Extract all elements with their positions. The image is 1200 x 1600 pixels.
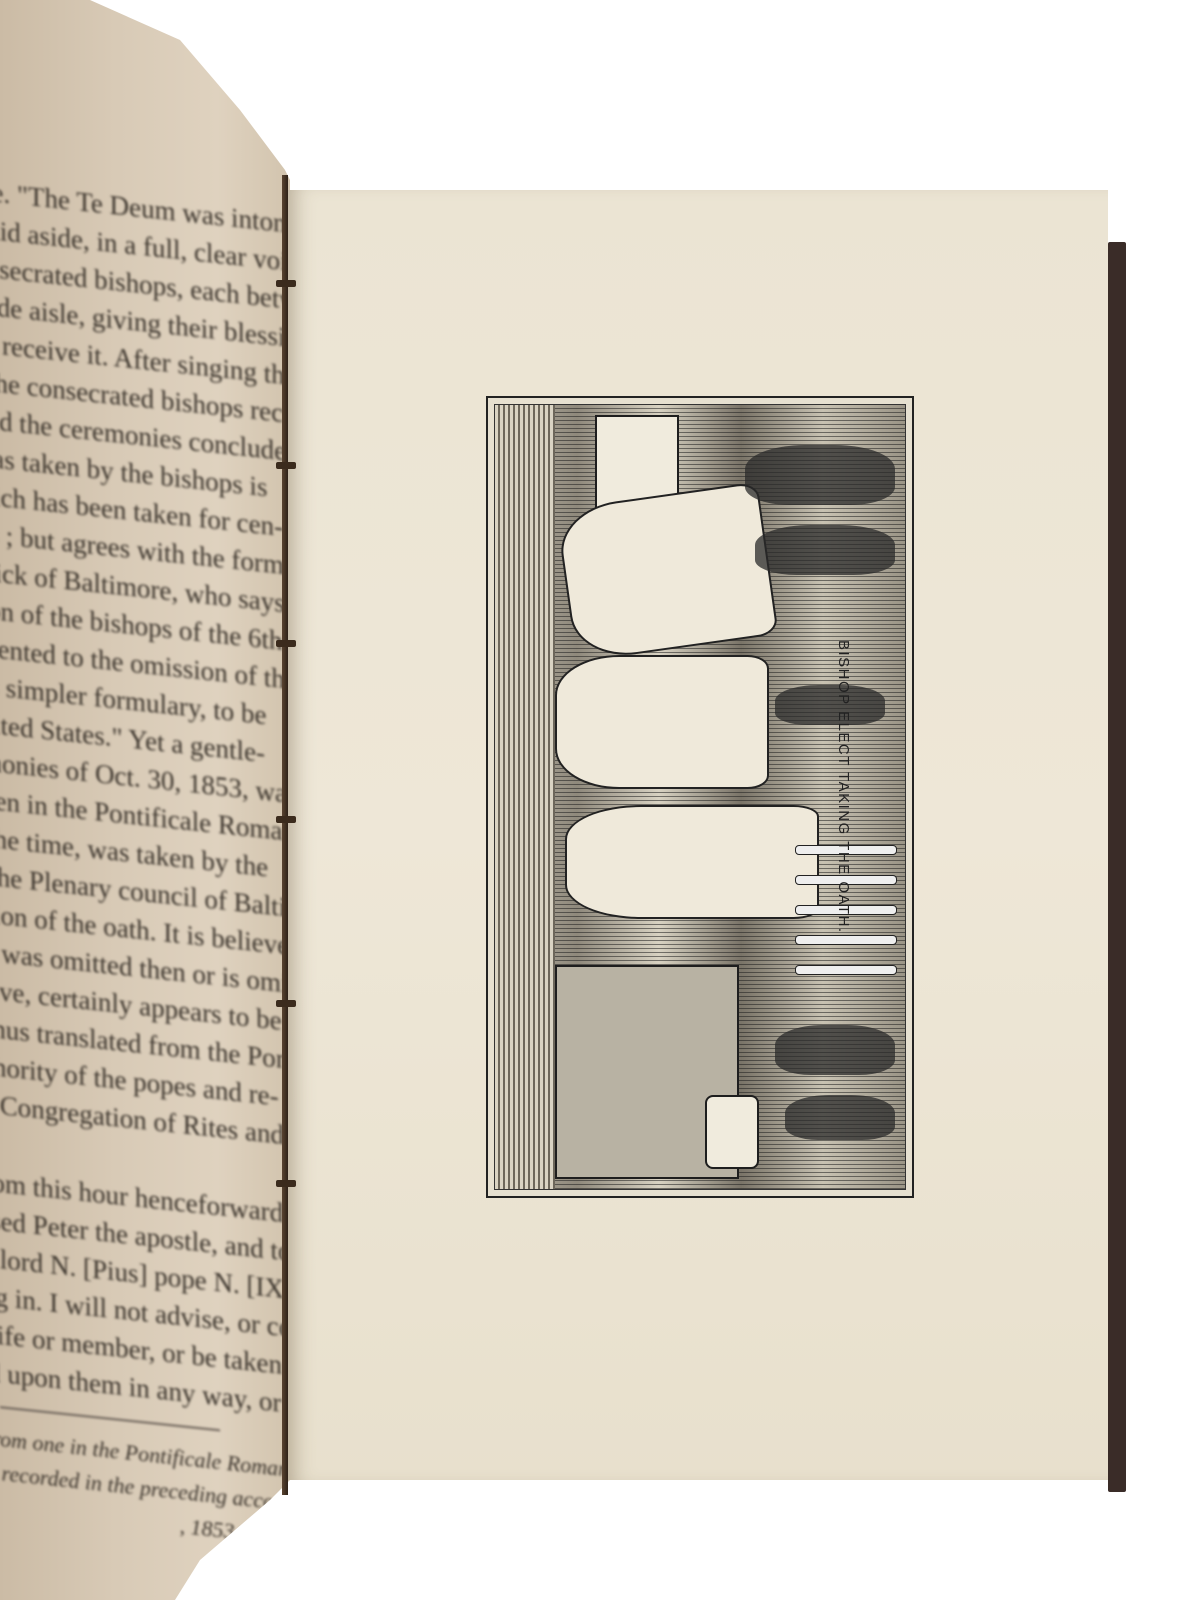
candlestick [795, 935, 897, 945]
seated-prelate-robe [555, 655, 769, 789]
binding-thread [276, 816, 296, 823]
candlestick [795, 965, 897, 975]
binding-thread [276, 1180, 296, 1187]
kneeling-bishop-robe [565, 805, 819, 919]
attendant-figure [785, 1095, 895, 1140]
book-gutter [282, 175, 288, 1495]
seated-prelate-robe [555, 482, 778, 663]
binding-thread [276, 640, 296, 647]
attendant-figure [775, 1025, 895, 1075]
book-cover-edge [1108, 242, 1126, 1492]
barrel [705, 1095, 759, 1169]
attendant-figure [745, 445, 895, 505]
engraved-pillar [495, 405, 555, 1189]
binding-thread [276, 1000, 296, 1007]
attendant-figure [755, 525, 895, 575]
left-page-text: side. "The Te Deum was intoned y laid as… [0, 170, 240, 1549]
binding-thread [276, 280, 296, 287]
binding-thread [276, 462, 296, 469]
left-page: side. "The Te Deum was intoned y laid as… [0, 0, 290, 1600]
attendant-figure [775, 685, 885, 725]
illustration-caption: BISHOP ELECT TAKING THE OATH. [835, 640, 852, 934]
